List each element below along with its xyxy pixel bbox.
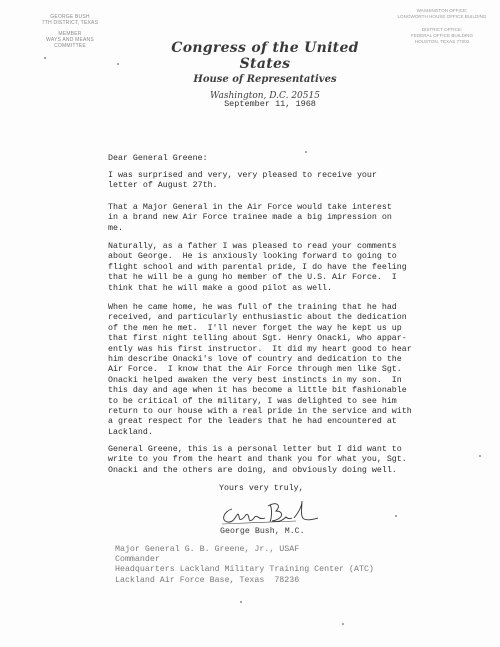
masthead-subtitle: House of Representatives xyxy=(150,73,380,87)
closing: Yours very truly, xyxy=(219,484,304,493)
letter-page: GEORGE BUSH 7TH DISTRICT, TEXAS MEMBER W… xyxy=(0,0,500,647)
committee-name-line2: COMMITTEE xyxy=(34,43,106,49)
scan-speck xyxy=(44,57,46,59)
congressional-district: 7TH DISTRICT, TEXAS xyxy=(34,20,106,26)
recipient-address: Major General G. B. Greene, Jr., USAF Co… xyxy=(115,545,455,586)
scan-speck xyxy=(117,63,119,65)
scan-speck xyxy=(240,601,242,603)
paragraph-1: I was surprised and very, very pleased t… xyxy=(108,171,478,192)
paragraph-4: When he came home, he was full of the tr… xyxy=(108,303,478,438)
scan-speck xyxy=(305,151,307,153)
salutation: Dear General Greene: xyxy=(108,154,208,163)
washington-office-address: LONGWORTH HOUSE OFFICE BUILDING xyxy=(384,14,500,20)
letterhead-right-block: WASHINGTON OFFICE: LONGWORTH HOUSE OFFIC… xyxy=(384,8,500,45)
district-office-city: HOUSTON, TEXAS 77002 xyxy=(384,39,500,45)
letter-date: September 11, 1968 xyxy=(210,99,330,109)
signer-name: George Bush, M.C. xyxy=(220,527,305,536)
scan-speck xyxy=(479,455,481,457)
signature-icon xyxy=(218,497,318,529)
letterhead-left-block: GEORGE BUSH 7TH DISTRICT, TEXAS MEMBER W… xyxy=(34,14,106,49)
scan-speck xyxy=(342,623,344,625)
masthead-title: Congress of the United States xyxy=(150,40,380,72)
paragraph-2: That a Major General in the Air Force wo… xyxy=(108,203,478,234)
paragraph-3: Naturally, as a father I was pleased to … xyxy=(108,242,478,294)
scan-speck xyxy=(395,515,397,517)
masthead: Congress of the United States House of R… xyxy=(150,40,380,102)
paragraph-5: General Greene, this is a personal lette… xyxy=(108,445,478,476)
